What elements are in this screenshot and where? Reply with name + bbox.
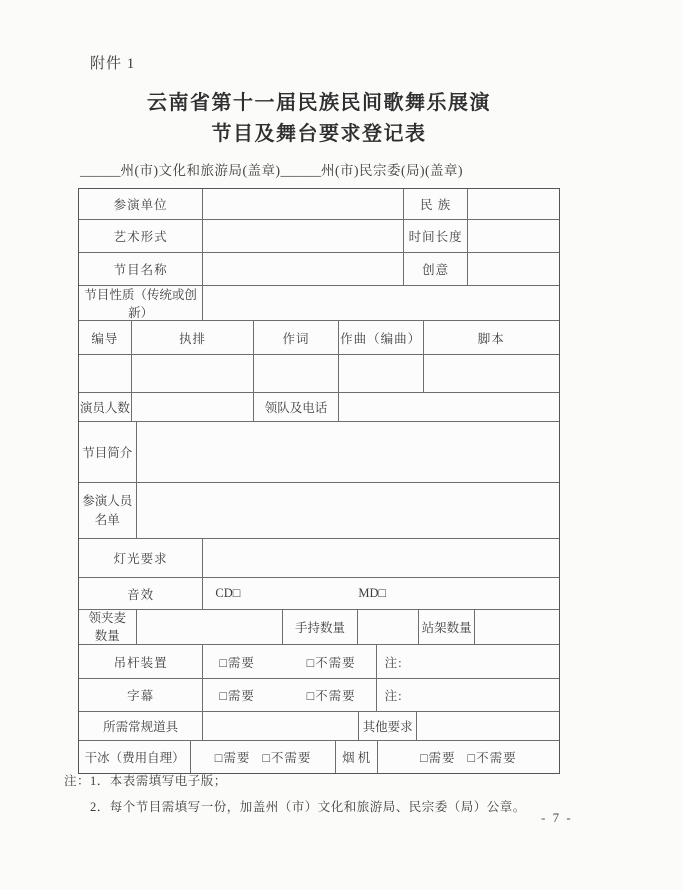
leader-phone-input-cell[interactable] (338, 393, 559, 421)
lavalier-mic-label-line2: 数量 (89, 627, 127, 645)
director-input-cell[interactable] (79, 355, 131, 392)
stamp-label-culture-bureau: 州(市)文化和旅游局(盖章) (121, 163, 281, 178)
handheld-mic-input-cell[interactable] (357, 610, 418, 644)
stamp-blank-2[interactable]: ______ (280, 163, 321, 178)
dry-ice-need-checkbox[interactable]: □需要 (215, 748, 251, 766)
row-audio: 音效 CD□ MD□ (79, 577, 559, 609)
subtitles-note-cell[interactable]: 注: (376, 679, 559, 711)
row-microphones: 领夹麦 数量 手持数量 站架数量 (79, 609, 559, 644)
participant-list-label: 参演人员 名单 (79, 483, 136, 538)
unit-input-cell[interactable] (202, 189, 403, 219)
subtitles-options-cell: □需要 □不需要 (202, 679, 375, 711)
lavalier-mic-label: 领夹麦 数量 (79, 610, 136, 644)
row-program-name: 节目名称 创意 (79, 252, 559, 285)
scanned-form-page: 附件 1 云南省第十一届民族民间歌舞乐展演 节目及舞台要求登记表 ______州… (0, 0, 683, 890)
attachment-label: 附件 1 (90, 52, 135, 73)
footnote-item1: 1．本表需填写电子版； (90, 774, 227, 788)
subtitles-note-label: 注: (385, 686, 403, 704)
actor-count-input-cell[interactable] (131, 393, 253, 421)
audio-label: 音效 (79, 578, 202, 609)
page-number: - 7 - (541, 810, 573, 826)
row-art-form: 艺术形式 时间长度 (79, 219, 559, 252)
duration-label: 时间长度 (403, 220, 467, 252)
row-program-nature: 节目性质（传统或创新） (79, 285, 559, 320)
rehearsal-input-cell[interactable] (131, 355, 253, 392)
props-label: 所需常规道具 (79, 712, 202, 740)
actor-count-label: 演员人数 (79, 393, 131, 421)
boom-device-label: 吊杆装置 (79, 645, 202, 678)
program-intro-input-cell[interactable] (136, 422, 559, 482)
lavalier-mic-input-cell[interactable] (136, 610, 282, 644)
stamp-line: ______州(市)文化和旅游局(盖章)______州(市)民宗委(局)(盖章) (80, 159, 640, 179)
form-title-line1: 云南省第十一届民族民间歌舞乐展演 (78, 88, 560, 119)
program-name-label: 节目名称 (79, 253, 202, 285)
lyrics-input-cell[interactable] (253, 355, 337, 392)
program-name-input-cell[interactable] (202, 253, 403, 285)
row-props: 所需常规道具 其他要求 (79, 711, 559, 740)
footnotes: 注：1．本表需填写电子版； 2．每个节目需填写一份，加盖州（市）文化和旅游局、民… (64, 768, 526, 820)
boom-need-checkbox[interactable]: □需要 (219, 653, 255, 671)
audio-options-cell: CD□ MD□ (202, 578, 559, 609)
director-header: 编导 (79, 321, 131, 354)
ethnicity-label: 民 族 (403, 189, 467, 219)
dry-ice-noneed-checkbox[interactable]: □不需要 (262, 748, 311, 766)
lavalier-mic-label-line1: 领夹麦 (89, 609, 127, 627)
boom-noneed-checkbox[interactable]: □不需要 (307, 653, 356, 671)
row-program-intro: 节目简介 (79, 421, 559, 482)
row-participant-list: 参演人员 名单 (79, 482, 559, 538)
form-title-line2: 节目及舞台要求登记表 (78, 119, 560, 150)
participant-list-input-cell[interactable] (136, 483, 559, 538)
row-lighting: 灯光要求 (79, 538, 559, 577)
footnote-prefix: 注： (64, 774, 90, 788)
footnote-item2: 2．每个节目需填写一份，加盖州（市）文化和旅游局、民宗委（局）公章。 (90, 800, 526, 814)
lyrics-header: 作词 (253, 321, 337, 354)
program-nature-input-cell[interactable] (202, 286, 559, 320)
row-credits-header: 编导 执排 作词 作曲（编曲） 脚本 (79, 320, 559, 354)
script-header: 脚本 (423, 321, 559, 354)
row-boom-device: 吊杆装置 □需要 □不需要 注: (79, 644, 559, 678)
row-credits-input (79, 354, 559, 392)
duration-input-cell[interactable] (467, 220, 559, 252)
footnote-line1: 注：1．本表需填写电子版； (64, 768, 526, 794)
participant-list-label-line2: 名单 (82, 511, 132, 529)
stand-mic-input-cell[interactable] (474, 610, 558, 644)
creativity-label: 创意 (403, 253, 467, 285)
row-unit: 参演单位 民 族 (79, 189, 559, 219)
registration-table: 参演单位 民 族 艺术形式 时间长度 节目名称 创意 节目性质（传统或创新） 编… (78, 188, 560, 774)
lighting-input-cell[interactable] (202, 539, 559, 577)
ethnicity-input-cell[interactable] (467, 189, 559, 219)
props-input-cell[interactable] (202, 712, 358, 740)
composer-input-cell[interactable] (338, 355, 423, 392)
rehearsal-header: 执排 (131, 321, 253, 354)
script-input-cell[interactable] (423, 355, 559, 392)
stamp-blank-1[interactable]: ______ (80, 163, 121, 178)
md-checkbox-option[interactable]: MD□ (358, 586, 386, 601)
lighting-label: 灯光要求 (79, 539, 202, 577)
creativity-input-cell[interactable] (467, 253, 559, 285)
other-requirements-input-cell[interactable] (416, 712, 559, 740)
subtitles-need-checkbox[interactable]: □需要 (219, 686, 255, 704)
boom-options-cell: □需要 □不需要 (202, 645, 375, 678)
other-requirements-label: 其他要求 (358, 712, 417, 740)
composer-header: 作曲（编曲） (338, 321, 423, 354)
program-intro-label: 节目简介 (79, 422, 136, 482)
subtitles-noneed-checkbox[interactable]: □不需要 (307, 686, 356, 704)
art-form-input-cell[interactable] (202, 220, 403, 252)
row-actor-count: 演员人数 领队及电话 (79, 392, 559, 421)
stand-mic-label: 站架数量 (418, 610, 475, 644)
smoke-need-checkbox[interactable]: □需要 (420, 748, 456, 766)
boom-note-cell[interactable]: 注: (376, 645, 559, 678)
cd-checkbox-option[interactable]: CD□ (215, 586, 240, 601)
art-form-label: 艺术形式 (79, 220, 202, 252)
participant-list-label-line1: 参演人员 (82, 492, 132, 510)
handheld-mic-label: 手持数量 (282, 610, 357, 644)
leader-phone-label: 领队及电话 (253, 393, 337, 421)
row-subtitles: 字幕 □需要 □不需要 注: (79, 678, 559, 711)
footnote-line2: 2．每个节目需填写一份，加盖州（市）文化和旅游局、民宗委（局）公章。 (64, 794, 526, 820)
smoke-noneed-checkbox[interactable]: □不需要 (468, 748, 517, 766)
boom-note-label: 注: (385, 653, 403, 671)
unit-label: 参演单位 (79, 189, 202, 219)
subtitles-label: 字幕 (79, 679, 202, 711)
stamp-label-ethnic-committee: 州(市)民宗委(局)(盖章) (321, 163, 463, 178)
program-nature-label: 节目性质（传统或创新） (79, 286, 202, 320)
form-title: 云南省第十一届民族民间歌舞乐展演 节目及舞台要求登记表 (78, 88, 560, 150)
